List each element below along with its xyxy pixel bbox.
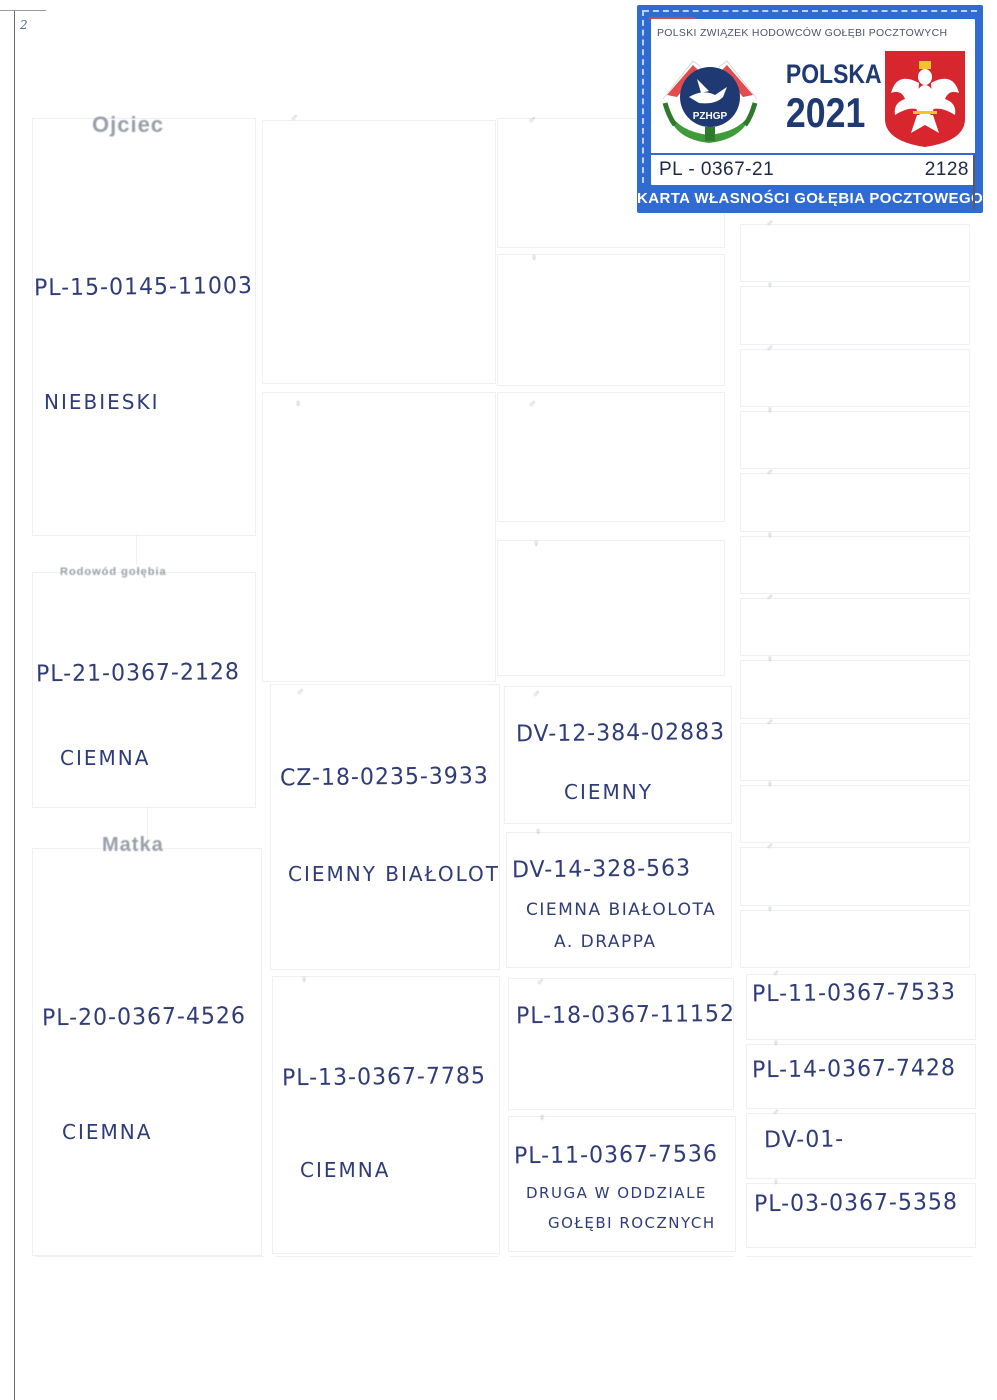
female-sex-mark: ♀ xyxy=(294,398,302,410)
gen4-ring-15: DV-01- xyxy=(764,1126,844,1153)
male-sex-mark: ♂ xyxy=(766,841,774,852)
page-edge-left xyxy=(14,10,15,1400)
male-sex-mark: ♂ xyxy=(528,398,536,410)
gen4-box xyxy=(740,411,970,469)
male-sex-mark: ♂ xyxy=(766,467,774,478)
female-sex-mark: ♀ xyxy=(534,826,542,838)
subject-box xyxy=(32,572,256,808)
father-color: NIEBIESKI xyxy=(44,390,159,414)
card-pen-mark-edge xyxy=(973,155,975,209)
female-sex-mark: ♀ xyxy=(538,1112,546,1124)
mother-label: Matka xyxy=(102,834,164,857)
mother-box xyxy=(32,848,262,1256)
gen3-box-2 xyxy=(497,254,725,386)
card-ring-number: PL - 0367-21 xyxy=(659,159,774,181)
male-sex-mark: ♂ xyxy=(766,343,774,354)
maternal-grandmother-color: CIEMNA xyxy=(300,1158,390,1182)
svg-text:PZHGP: PZHGP xyxy=(693,111,728,122)
mother-color: CIEMNA xyxy=(62,1120,152,1144)
father-box xyxy=(32,118,256,536)
gen3-note-6: CIEMNA BIAŁOLOTA xyxy=(526,900,716,920)
gen4-ring-14: PL-14-0367-7428 xyxy=(752,1055,956,1083)
card-divider xyxy=(651,153,975,155)
polish-eagle-emblem-icon xyxy=(883,49,967,149)
gen4-box xyxy=(740,660,970,718)
gen3-ring-8: PL-11-0367-7536 xyxy=(514,1141,718,1169)
gen4-box xyxy=(740,224,970,282)
male-sex-mark: ♂ xyxy=(528,114,536,126)
female-sex-mark: ♀ xyxy=(766,904,774,915)
gen3-box-7 xyxy=(508,978,734,1110)
gen3-ring-5: DV-12-384-02883 xyxy=(516,719,725,748)
gen4-box xyxy=(740,598,970,656)
paternal-grandmother-box xyxy=(262,392,496,682)
gen3-box-4 xyxy=(497,540,725,676)
male-sex-mark: ♂ xyxy=(766,592,774,603)
male-sex-mark: ♂ xyxy=(772,1107,780,1118)
male-sex-mark: ♂ xyxy=(290,112,298,124)
gen4-box xyxy=(740,910,970,968)
gen3-box-3 xyxy=(497,392,725,522)
female-sex-mark: ♀ xyxy=(766,654,774,665)
mother-ring: PL-20-0367-4526 xyxy=(42,1003,246,1031)
gen4-box xyxy=(740,536,970,594)
gen3-note-5: CIEMNY xyxy=(564,780,653,804)
female-sex-mark: ♀ xyxy=(300,974,308,986)
gen3-ring-7: PL-18-0367-11152 xyxy=(516,1001,735,1030)
maternal-grandmother-box xyxy=(272,976,500,1254)
card-perforation-left xyxy=(642,10,644,183)
father-ring: PL-15-0145-11003 xyxy=(34,273,253,302)
footer-form-line xyxy=(36,1256,264,1257)
card-footer-title: KARTA WŁASNOŚCI GOŁĘBIA POCZTOWEGO xyxy=(637,190,983,207)
maternal-grandfather-box xyxy=(270,684,500,970)
subject-ring: PL-21-0367-2128 xyxy=(36,659,240,687)
card-year: 2021 xyxy=(786,89,864,137)
gen4-box xyxy=(740,847,970,905)
gen4-box xyxy=(740,349,970,407)
female-sex-mark: ♀ xyxy=(532,538,540,550)
male-sex-mark: ♂ xyxy=(536,976,544,988)
gen4-box xyxy=(740,473,970,531)
subject-label: Rodowód gołębia xyxy=(60,566,167,578)
page-number: 2 xyxy=(20,18,28,32)
male-sex-mark: ♂ xyxy=(766,717,774,728)
gen3-note-8: DRUGA W ODDZIALE xyxy=(526,1184,707,1202)
gen3-note2-6: A. DRAPPA xyxy=(554,932,657,952)
gen3-note2-8: GOŁĘBI ROCZNYCH xyxy=(548,1214,716,1232)
paternal-grandfather-box xyxy=(262,120,496,384)
footer-form-line xyxy=(746,1256,972,1257)
card-country: POLSKA xyxy=(786,59,864,90)
female-sex-mark: ♀ xyxy=(772,1038,780,1049)
page-edge-top xyxy=(0,10,46,11)
gen4-box xyxy=(740,785,970,843)
father-label: Ojciec xyxy=(92,112,164,138)
female-sex-mark: ♀ xyxy=(766,530,774,541)
footer-form-line xyxy=(510,1256,734,1257)
pzhgp-logo-icon: PZHGP xyxy=(657,47,763,147)
male-sex-mark: ♂ xyxy=(772,968,780,979)
female-sex-mark: ♀ xyxy=(766,405,774,416)
gen4-box xyxy=(740,286,970,344)
card-perforation-top xyxy=(643,10,977,12)
card-serial-number: 2128 xyxy=(925,159,969,181)
subject-connector xyxy=(136,534,137,564)
card-inner-panel: POLSKI ZWIĄZEK HODOWCÓW GOŁĘBI POCZTOWYC… xyxy=(651,19,975,185)
female-sex-mark: ♀ xyxy=(766,280,774,291)
male-sex-mark: ♂ xyxy=(296,686,304,698)
gen4-ring-13: PL-11-0367-7533 xyxy=(752,979,956,1007)
gen3-ring-6: DV-14-328-563 xyxy=(512,855,691,883)
female-sex-mark: ♀ xyxy=(772,1177,780,1188)
male-sex-mark: ♂ xyxy=(766,218,774,229)
female-sex-mark: ♀ xyxy=(530,252,538,264)
gen4-ring-16: PL-03-0367-5358 xyxy=(754,1189,958,1217)
subject-color: CIEMNA xyxy=(60,746,150,770)
card-association-name: POLSKI ZWIĄZEK HODOWCÓW GOŁĘBI POCZTOWYC… xyxy=(657,27,947,39)
female-sex-mark: ♀ xyxy=(766,779,774,790)
male-sex-mark: ♂ xyxy=(532,688,540,700)
maternal-grandfather-color: CIEMNY BIAŁOLOT xyxy=(288,862,500,886)
maternal-grandmother-ring: PL-13-0367-7785 xyxy=(282,1063,486,1091)
ownership-card: POLSKI ZWIĄZEK HODOWCÓW GOŁĘBI POCZTOWYC… xyxy=(637,5,983,213)
footer-form-line xyxy=(276,1256,498,1257)
maternal-grandfather-ring: CZ-18-0235-3933 xyxy=(280,763,489,792)
gen4-box xyxy=(740,723,970,781)
